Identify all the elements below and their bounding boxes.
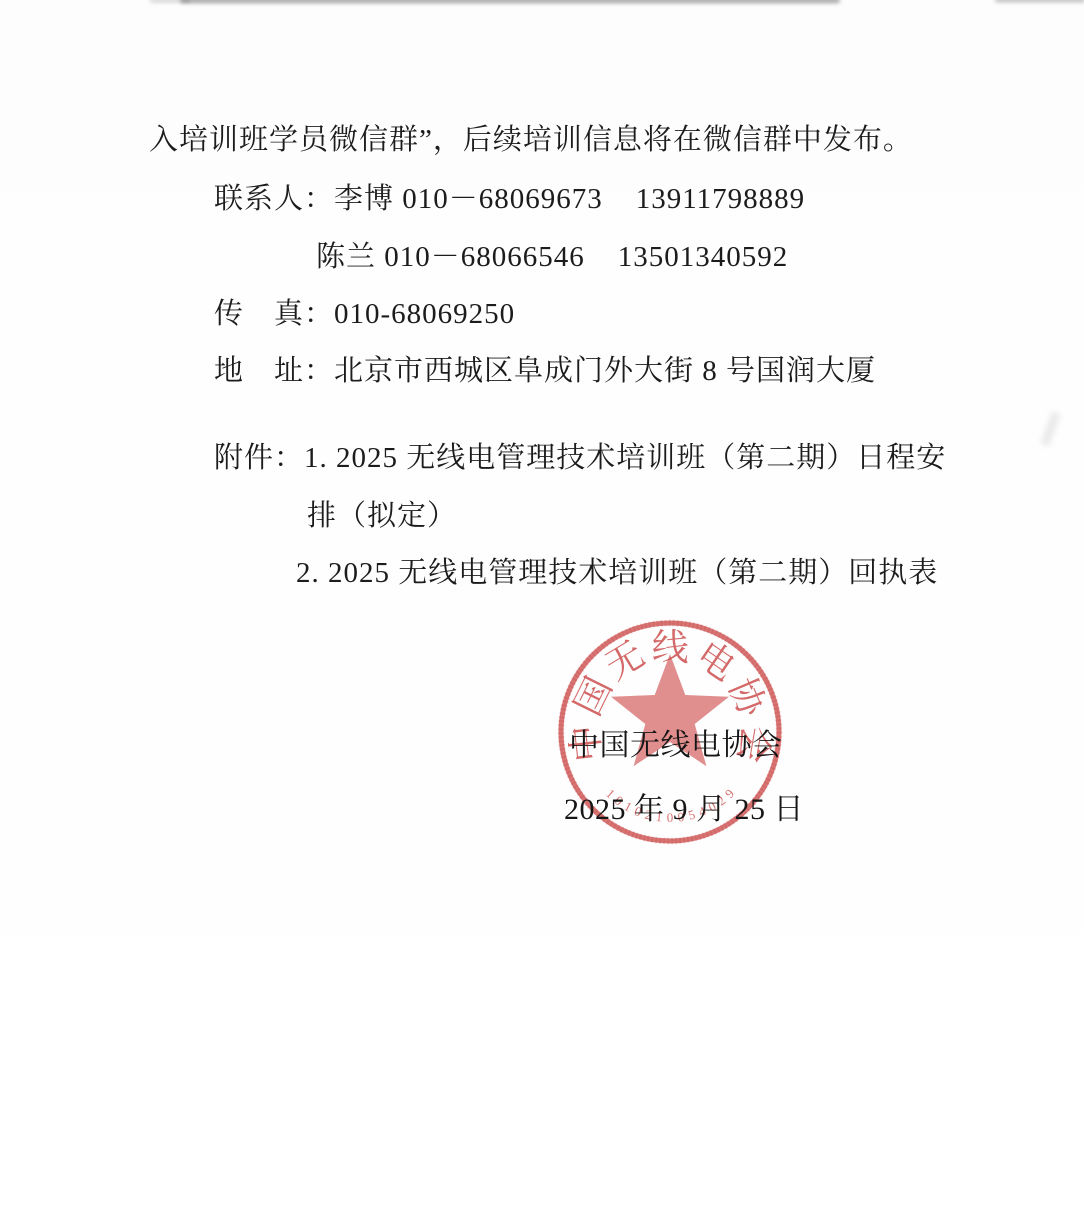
scan-edge-artifact [995, 0, 1084, 2]
closing-sentence: 入培训班学员微信群”，后续培训信息将在微信群中发布。 [149, 124, 913, 157]
contact-line-1: 联系人：李博 010－68069673 13911798889 [214, 183, 805, 216]
scan-edge-artifact [180, 0, 840, 3]
address-line: 地 址：北京市西城区阜成门外大街 8 号国润大厦 [214, 355, 876, 388]
attachment-line-2: 2. 2025 无线电管理技术培训班（第二期）回执表 [296, 557, 938, 590]
contact-line-2: 陈兰 010－68066546 13501340592 [316, 241, 788, 274]
scan-noise-mark [1040, 411, 1060, 446]
attachment-line-1-continuation: 排（拟定） [307, 500, 457, 533]
scanned-letter-page: 入培训班学员微信群”，后续培训信息将在微信群中发布。 联系人：李博 010－68… [0, 0, 1084, 1222]
fax-line: 传 真：010-68069250 [214, 298, 515, 331]
signature-date: 2025 年 9 月 25 日 [564, 784, 804, 828]
scan-edge-artifact [150, 0, 190, 2]
attachment-line-1: 附件：1. 2025 无线电管理技术培训班（第二期）日程安 [214, 442, 946, 475]
signature-organization: 中国无线电协会 [569, 720, 783, 764]
